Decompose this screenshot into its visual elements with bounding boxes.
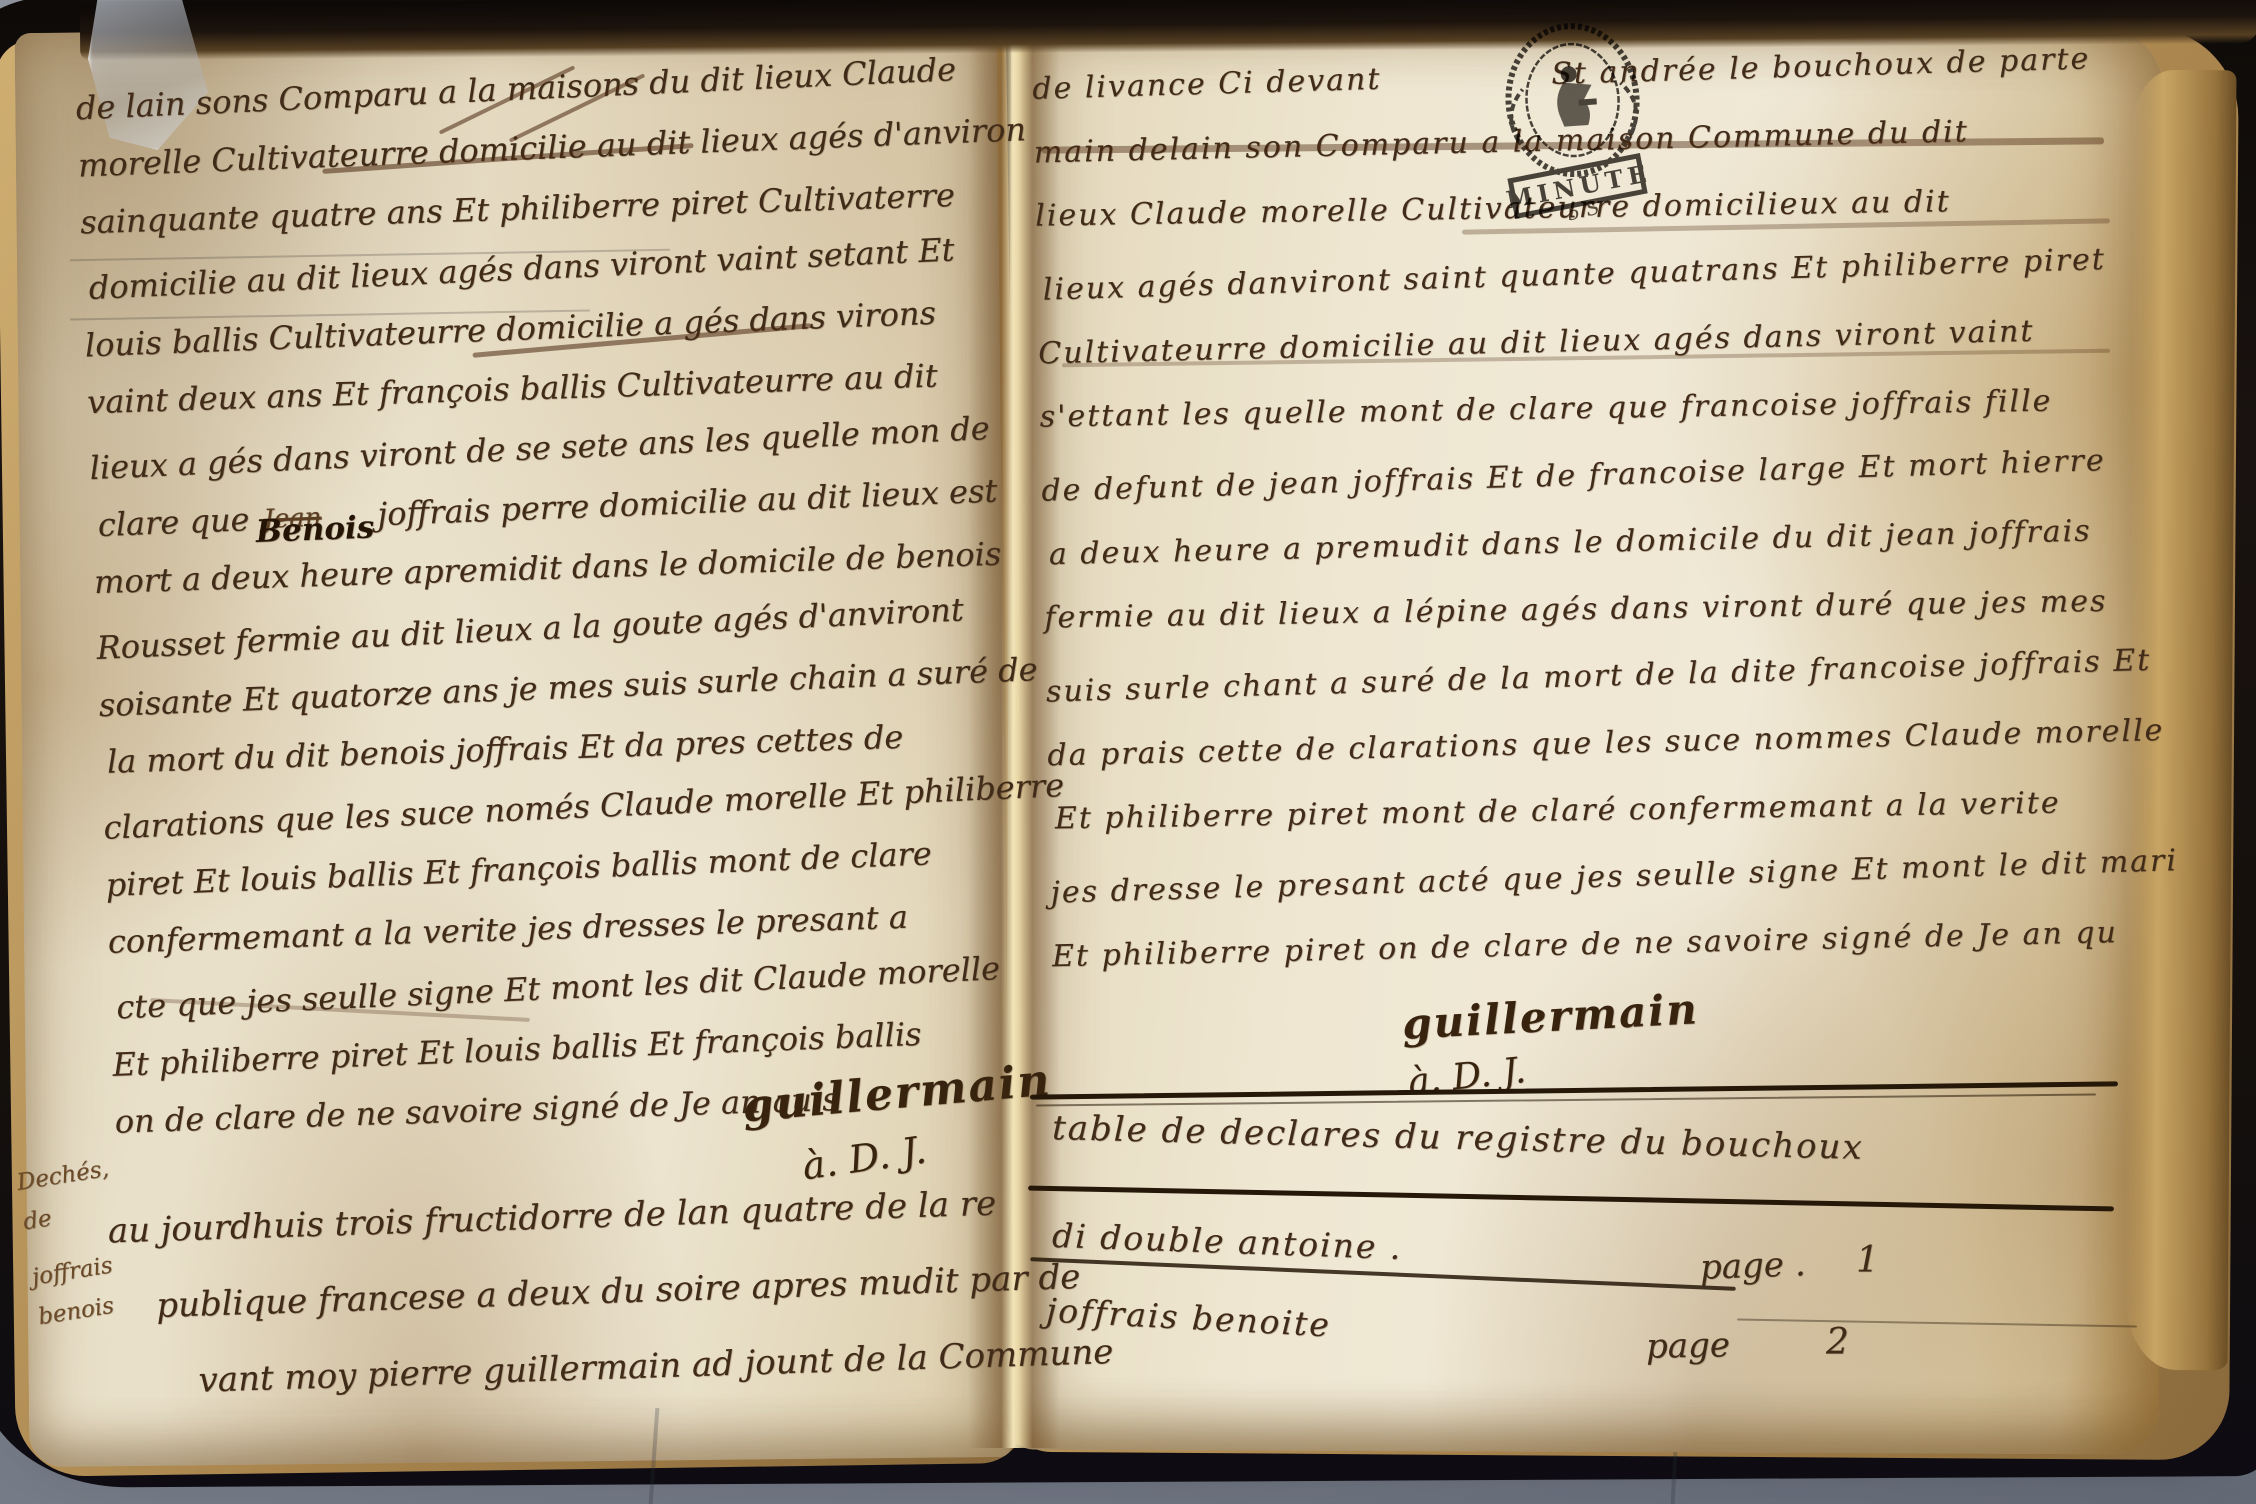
- seated-figure-icon: [1560, 66, 1577, 83]
- index-row-page-label: page .: [1699, 1244, 1806, 1288]
- left-page-closing-text: au jourdhuis trois fructidorre de lan qu…: [89, 1162, 1115, 1422]
- index-row-page-number: 1: [1856, 1240, 1879, 1281]
- margin-note: benois: [36, 1288, 132, 1332]
- overwritten-word: JeanBenois: [250, 525, 378, 530]
- stamp-graphic: MINUTE 5 S: [1485, 13, 1663, 230]
- margin-note: joffrais: [30, 1249, 126, 1293]
- left-page-text: de lain sons Comparu a la maisons du dit…: [75, 41, 1016, 1155]
- margin-note: de: [21, 1193, 117, 1237]
- photo-of-open-register: de lain sons Comparu a la maisons du dit…: [0, 0, 2256, 1504]
- line-text: de livance Ci devant: [1032, 62, 1382, 107]
- minute-fiscal-stamp: MINUTE 5 S: [1485, 13, 1663, 230]
- index-row-page-number: 2: [1826, 1322, 1849, 1363]
- line-text: clare que: [97, 500, 250, 544]
- index-row-page-label: page: [1646, 1325, 1731, 1366]
